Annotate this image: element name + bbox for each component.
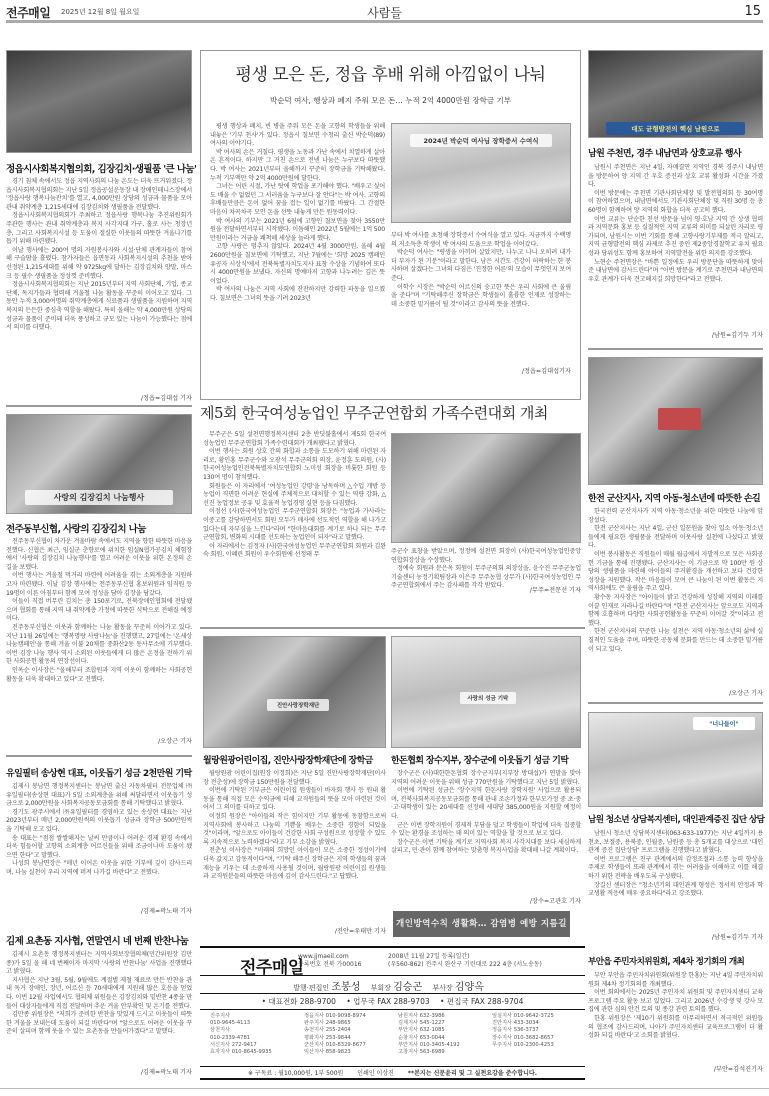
photo-banner: 사랑의 성금 기탁 [460, 692, 516, 704]
byline: /부안=김석진기자 [588, 1064, 763, 1073]
section-title: 사람들 [6, 4, 763, 21]
photo-banner: 사랑의 김장김치 나눔행사 [25, 490, 172, 505]
byline: /오상근 기자 [588, 688, 763, 697]
masthead-staff: 발행·편집인 조봉성 부회장 김승곤 부사장 김양옥 [200, 978, 585, 993]
article-headline[interactable]: 김제 요촌동 지사협, 연말연시 네 번째 반찬나눔 [6, 933, 188, 947]
byline: /남원=김기두 기자 [588, 932, 763, 941]
divider [200, 627, 585, 629]
public-notice-banner: 개인방역수칙 생활화… 감염병 예방 지름길 [393, 911, 570, 937]
masthead-rule [200, 946, 585, 948]
photo-banner: 대도 균형발전의 핵심 남원으로 [606, 122, 744, 135]
photo-banner: "너나들이" [693, 717, 755, 730]
photo-banner: 진안사랑장학재단 [267, 699, 329, 711]
article-body: 장수군은 (사)대한한돈협회 장수군지부(지부장 방대섭)가 연말을 맞아 지역… [391, 770, 581, 856]
byline: /장수=고관호 기자 [391, 896, 581, 905]
article-body: 남원시 청소년 상담복지센터(063-633-1977)는 지난 4일까지 용천… [588, 830, 763, 899]
article-headline[interactable]: 유일필터 송상현 대표, 이웃돕기 성금 2천만원 기탁 [6, 766, 192, 779]
divider [6, 755, 192, 757]
masthead-footer: ※ 구독료 : 월10,000원, 1부 500원 인쇄인 이상진 **본지는 … [200, 1068, 585, 1077]
byline: /김제=곽노태 기자 [6, 906, 192, 915]
masthead-rule [200, 975, 585, 976]
divider [6, 405, 192, 407]
header-rule [6, 20, 763, 23]
article-body: 남원시 주천면은 지난 4일, 자매결연 지역인 경북 경주시 내남면을 방문하… [588, 164, 763, 284]
article-body: 월랑원광 어린이집(원장 이정희)은 지난 5일 진안사랑장학재단(이사장 전춘… [203, 770, 386, 882]
branch-office-list: 진주지사 정읍지사 010-9098-8974 남원지사 632-3986 임실… [210, 1013, 580, 1056]
article-body: 한국전력 군산지사가 지역 아동·청소년을 위한 따뜻한 나눔에 앞장섰다. 한… [588, 508, 763, 654]
feature-headline[interactable]: 평생 모은 돈, 정읍 후배 위해 아낌없이 나눠 [200, 60, 581, 85]
feature-subheadline: 박순덕 여사, 행상과 폐지 주워 모은 돈… 누적 2억 4000만원 장학금… [200, 95, 581, 106]
article-body: 무주군은 5일 설천면행정복지센터 2층 반딧불홀에서 제5회 한국여성농업인 … [203, 431, 386, 560]
byline: /김제=곽노태 기자 [6, 1067, 192, 1076]
article-headline[interactable]: 남원 주천면, 경주 내남면과 상호교류 행사 [588, 146, 741, 159]
byline: /정읍=김대섭 기자 [6, 393, 192, 402]
feature-body-right: 부터 박 여사를 초청해 장학증서 수여식을 열고 있다. 지금까지 수백명의 … [391, 232, 571, 309]
photo-banner [658, 408, 701, 430]
namwon-youth-counseling-photo: "너나들이" [588, 712, 763, 807]
masthead-rule [200, 1078, 585, 1080]
article-headline[interactable]: 한돈협회 장수지부, 장수군에 이웃돕기 성금 기탁 [391, 753, 568, 766]
website-link[interactable]: www.jjmaeil.com [298, 953, 361, 961]
article-headline[interactable]: 부안읍 주민자치위원회, 제4차 정기회의 개최 [588, 955, 744, 967]
page-number: 15 [744, 4, 761, 19]
divider [588, 702, 763, 704]
article-headline[interactable]: 제5회 한국여성농업인 무주군연합회 가족수련대회 개최 [200, 402, 585, 423]
scholarship-ceremony-photo: 2024년 박순덕 여사님 장학증서 수여식 [391, 123, 571, 223]
masthead-url-block: www.jjmaeil.com 등록번호 전북 가00016 [298, 953, 361, 969]
feature-body-left: 평생 행상과 폐지, 빈 병을 주워 모은 돈을 고향의 학생들을 위해 내놓은… [210, 123, 385, 303]
masthead-rule [200, 1009, 585, 1010]
article-body: 부안 부안읍 주민자치위원회(위원장 한홍)는 지난 4일 주민자치위원회 제4… [588, 972, 763, 1041]
kepco-donation-photo [588, 357, 763, 485]
byline: /진안=우태만 기자 [203, 926, 386, 935]
article-headline[interactable]: 남원 청소년 상담복지센터, 대인관계증진 집단 상담 [588, 813, 764, 825]
masthead-rule [200, 1066, 585, 1067]
masthead-phones: • 대표전화 288-9700 • 업무국 FAX 288-9703 • 편집국… [200, 996, 585, 1007]
photo-banner: 2024년 박순덕 여사님 장학증서 수여식 [410, 134, 552, 147]
byline: /무주=전문선 기자 [391, 585, 581, 594]
article-headline[interactable]: 정읍시사회복지협의회, 김장김치·생필품 '큰 나눔' [6, 161, 196, 175]
namwon-exchange-photo: 대도 균형발전의 핵심 남원으로 [588, 50, 763, 138]
article-body: 김제시 요촌동 행정복지센터는 지역사회보장협의체(민간위원장 김만종)가 5일… [6, 951, 192, 1037]
article-headline[interactable]: 한전 군산지사, 지역 아동·청소년에 따뜻한 손길 [588, 491, 760, 504]
dongbu-kimchi-photo: 사랑의 김장김치 나눔행사 [6, 414, 192, 514]
article-body: 김제시 봉남면 행정복지센터는 봉남면 출신 자동차필터 전문업체 ㈜유일필터(… [6, 783, 192, 878]
muju-event-photo [391, 433, 581, 543]
handon-donation-photo: 사랑의 성금 기탁 [391, 636, 581, 748]
article-body: 경기 침체 속에서도 정읍 지역사회의 나눔 온도는 더욱 뜨거워졌다. 정읍시… [6, 178, 192, 333]
article-headline[interactable]: 월랑원광어린이집, 진안사랑장학재단에 장학금 [203, 753, 373, 766]
page-bottom-rule [0, 1088, 769, 1089]
article-body: 전주동부신협이 차가운 겨울바람 속에서도 지역을 향한 따뜻한 마음을 전했다… [6, 538, 192, 684]
byline: /오상근 기자 [6, 736, 192, 745]
masthead-registration: 2008년 11월 27일 등록(일간) (우560-862) 전주시 완산구 … [388, 953, 542, 969]
article-headline[interactable]: 전주동부신협, 사랑의 김장김치 나눔 [6, 521, 146, 535]
masthead-rule [200, 993, 585, 994]
jeongeup-kimchi-photo [6, 50, 192, 153]
divider [588, 348, 763, 350]
byline: /정읍=김대섭기자 [391, 366, 571, 375]
byline: /남원=김기두 기자 [588, 330, 763, 339]
wollang-children-photo: 진안사랑장학재단 [203, 636, 386, 748]
